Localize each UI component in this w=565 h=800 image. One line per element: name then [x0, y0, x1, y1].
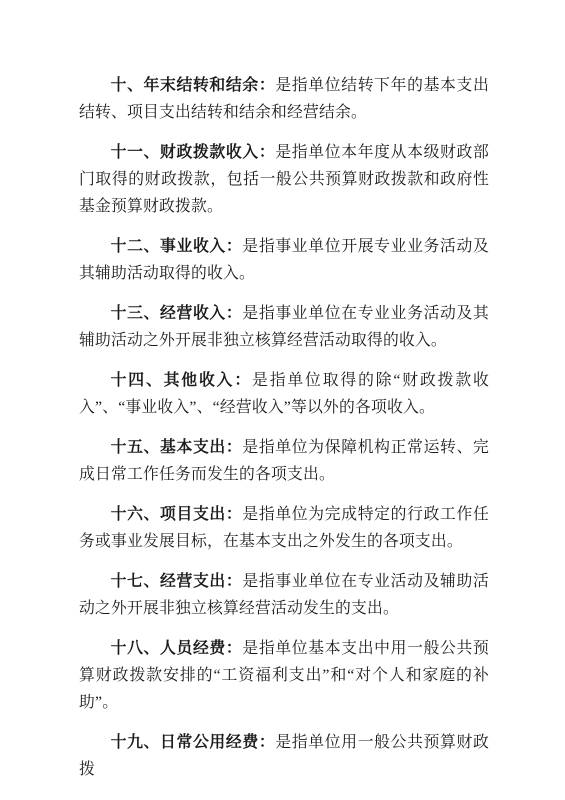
- term-colon: ：: [226, 506, 242, 523]
- term-colon: ：: [259, 144, 275, 161]
- document-page: 十、年末结转和结余：是指单位结转下年的基本支出结转、项目支出结转和结余和经营结余…: [0, 0, 565, 800]
- term-colon: ：: [226, 439, 242, 456]
- term-label: 十七、经营支出: [111, 573, 226, 590]
- term-colon: ：: [259, 77, 275, 94]
- term-label: 十四、其他收入: [111, 372, 235, 389]
- term-label: 十、年末结转和结余: [111, 77, 259, 94]
- definition-paragraph: 十九、日常公用经费：是指单位用一般公共预算财政拨: [79, 729, 489, 783]
- term-label: 十五、基本支出: [111, 439, 226, 456]
- term-label: 十六、项目支出: [111, 506, 226, 523]
- definition-paragraph: 十三、经营收入：是指事业单位在专业业务活动及其辅助活动之外开展非独立核算经营活动…: [79, 300, 489, 354]
- term-label: 十一、财政拨款收入: [111, 144, 259, 161]
- definition-paragraph: 十五、基本支出：是指单位为保障机构正常运转、完成日常工作任务而发生的各项支出。: [79, 434, 489, 488]
- document-body: 十、年末结转和结余：是指单位结转下年的基本支出结转、项目支出结转和结余和经营结余…: [79, 72, 489, 796]
- term-colon: ：: [234, 372, 252, 389]
- definition-paragraph: 十七、经营支出：是指事业单位在专业活动及辅助活动之外开展非独立核算经营活动发生的…: [79, 568, 489, 622]
- term-colon: ：: [259, 734, 275, 751]
- term-label: 十三、经营收入: [111, 305, 226, 322]
- term-colon: ：: [226, 238, 242, 255]
- definition-paragraph: 十、年末结转和结余：是指单位结转下年的基本支出结转、项目支出结转和结余和经营结余…: [79, 72, 489, 126]
- term-colon: ：: [226, 305, 242, 322]
- definition-paragraph: 十四、其他收入：是指单位取得的除“财政拨款收入”、“事业收入”、“经营收入”等以…: [79, 367, 489, 421]
- definition-paragraph: 十八、人员经费：是指单位基本支出中用一般公共预算财政拨款安排的“工资福利支出”和…: [79, 635, 489, 716]
- term-label: 十八、人员经费: [111, 640, 226, 657]
- definition-paragraph: 十二、事业收入：是指事业单位开展专业业务活动及其辅助活动取得的收入。: [79, 233, 489, 287]
- term-colon: ：: [226, 573, 242, 590]
- definition-paragraph: 十六、项目支出：是指单位为完成特定的行政工作任务或事业发展目标，在基本支出之外发…: [79, 501, 489, 555]
- term-label: 十九、日常公用经费: [111, 734, 259, 751]
- definition-paragraph: 十一、财政拨款收入：是指单位本年度从本级财政部门取得的财政拨款，包括一般公共预算…: [79, 139, 489, 220]
- term-colon: ：: [226, 640, 242, 657]
- term-label: 十二、事业收入: [111, 238, 226, 255]
